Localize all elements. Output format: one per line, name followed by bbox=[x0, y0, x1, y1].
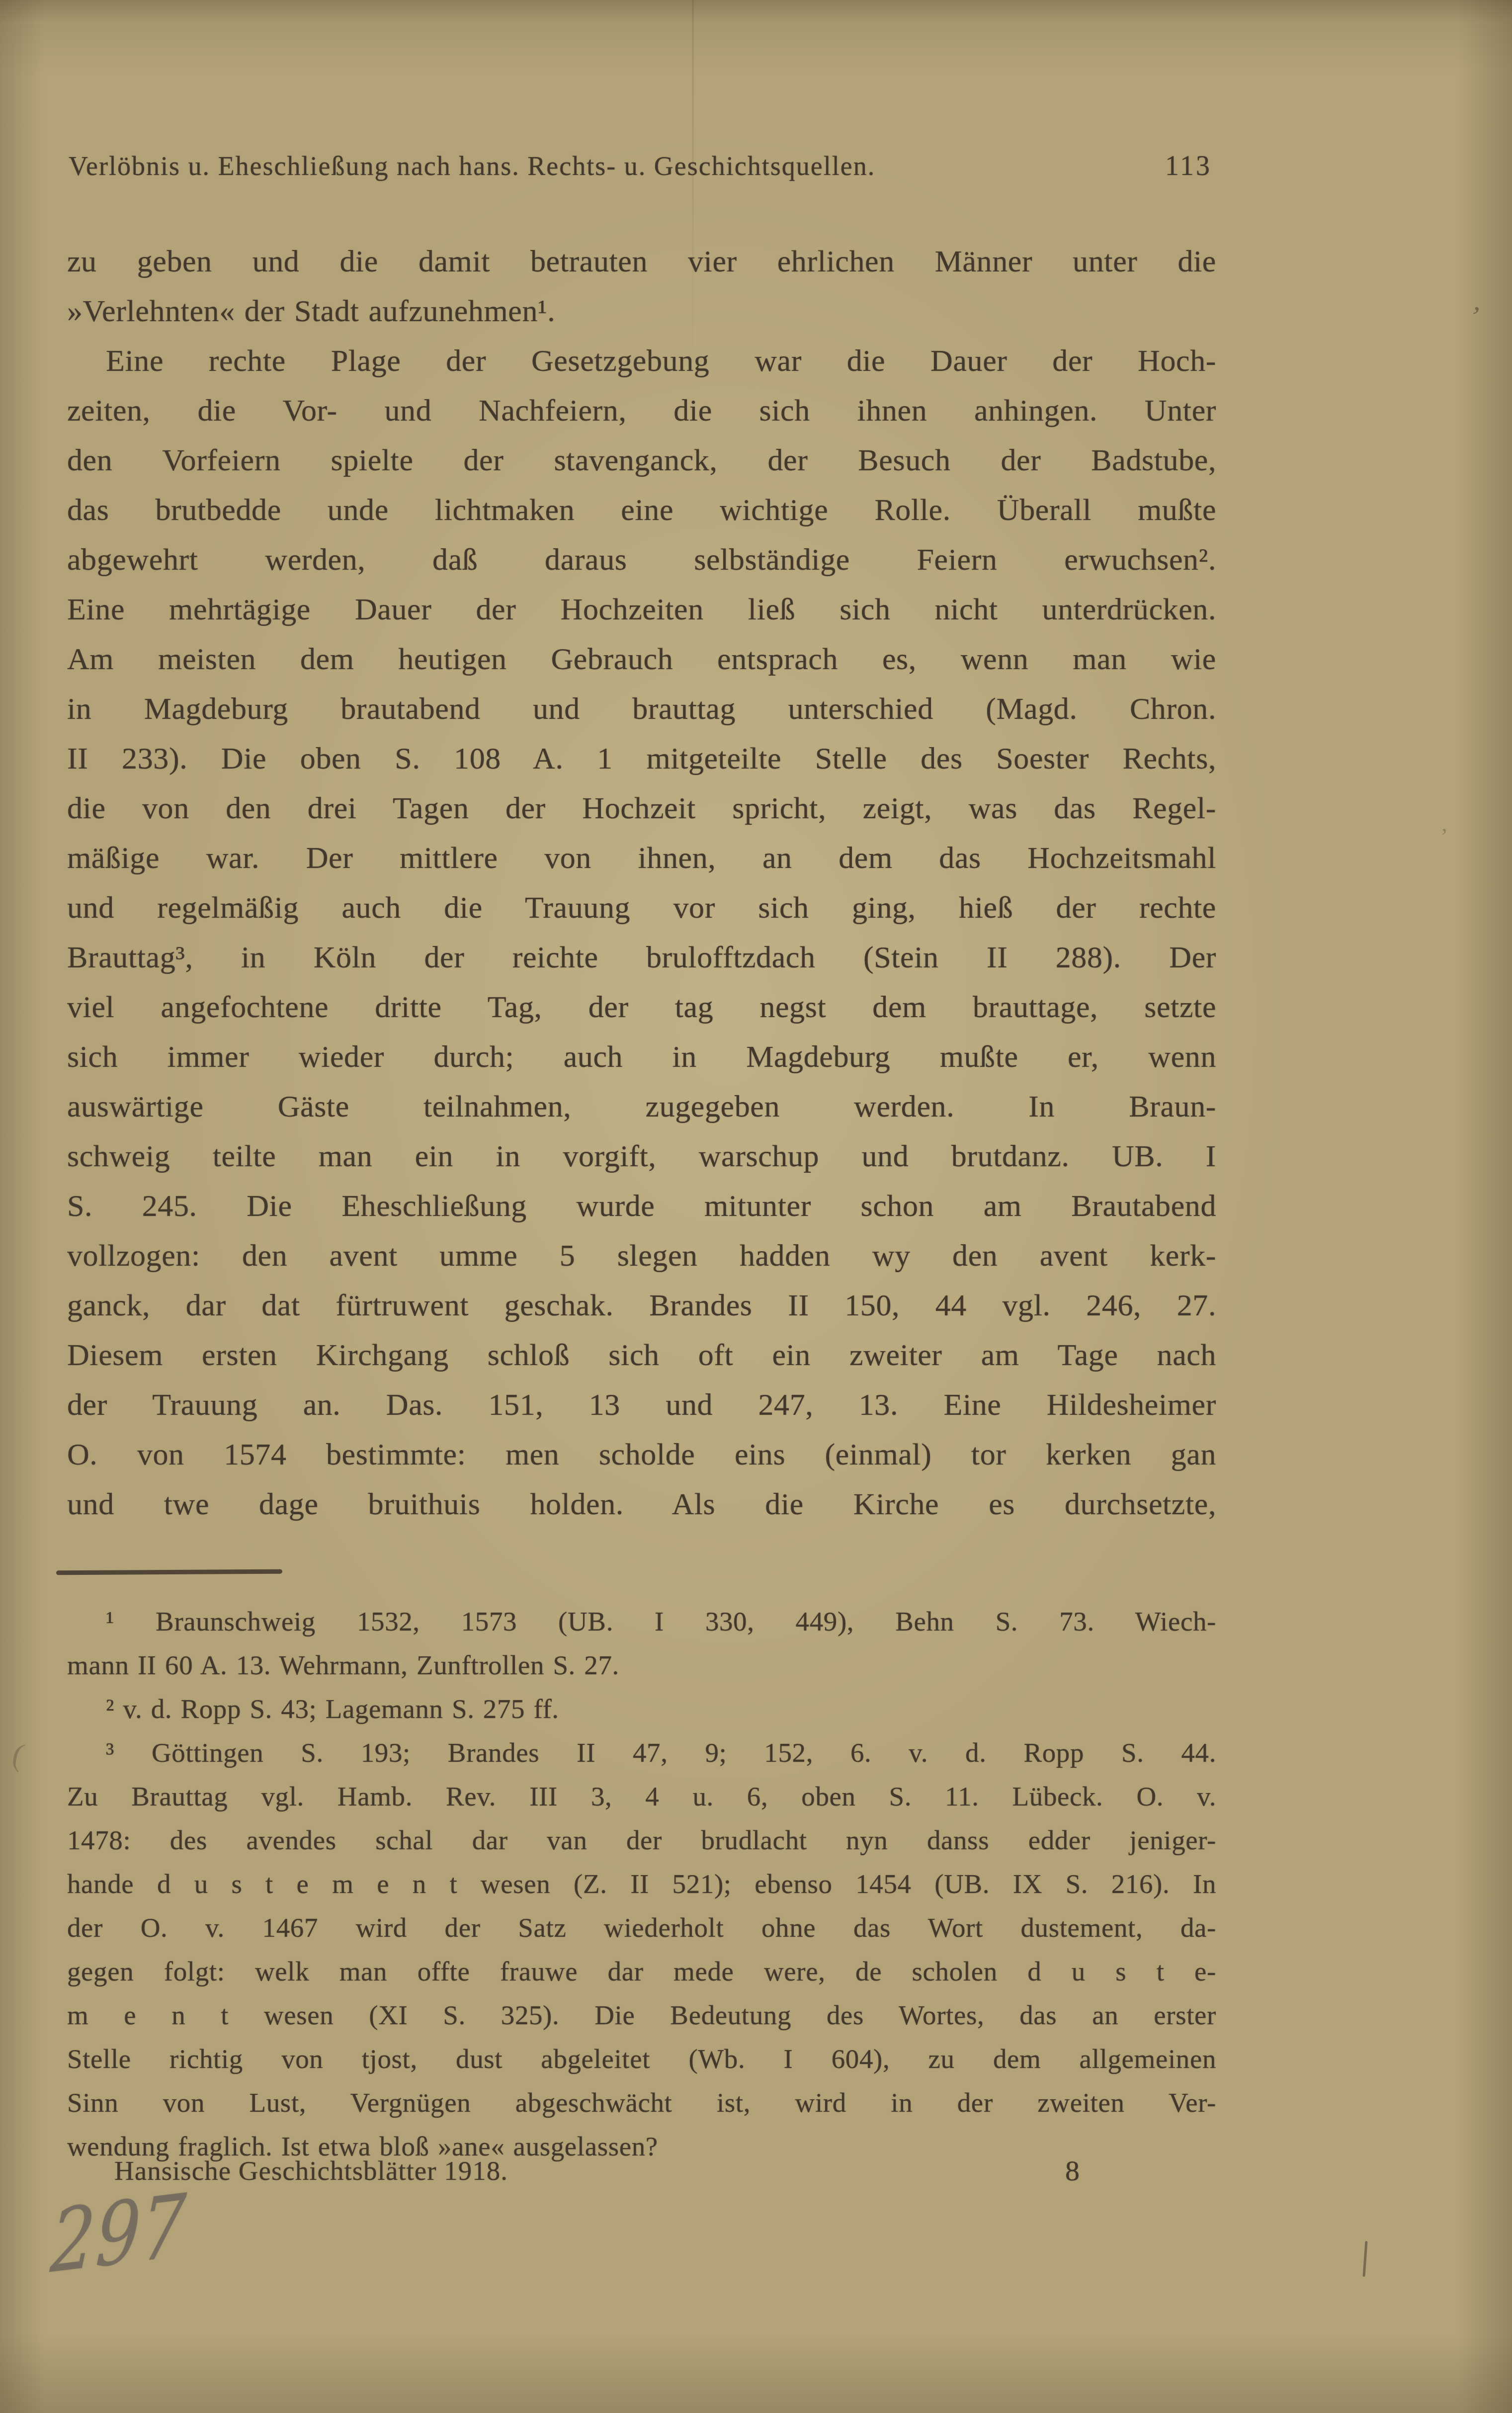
text-line: den Vorfeiern spielte der stavenganck, d… bbox=[67, 435, 1216, 485]
text-line: der O. v. 1467 wird der Satz wiederholt … bbox=[67, 1906, 1216, 1950]
text-line: mäßige war. Der mittlere von ihnen, an d… bbox=[67, 833, 1216, 883]
pen-mark: ( bbox=[9, 1738, 27, 1771]
text-line: sich immer wieder durch; auch in Magdebu… bbox=[67, 1032, 1216, 1082]
text-line: und regelmäßig auch die Trauung vor sich… bbox=[67, 883, 1216, 933]
footnote-separator-rule bbox=[56, 1569, 282, 1575]
text-line: viel angefochtene dritte Tag, der tag ne… bbox=[67, 982, 1216, 1032]
text-line: m e n t wesen (XI S. 325). Die Bedeutung… bbox=[67, 1993, 1216, 2037]
text-line: mann II 60 A. 13. Wehrmann, Zunftrollen … bbox=[67, 1643, 1216, 1687]
page-header: Verlöbnis u. Eheschließung nach hans. Re… bbox=[69, 150, 1212, 182]
text-line: S. 245. Die Eheschließung wurde mitunter… bbox=[67, 1181, 1216, 1231]
handwritten-number: 297 bbox=[48, 2175, 189, 2293]
text-line: abgewehrt werden, daß daraus selbständig… bbox=[67, 535, 1216, 585]
ink-speck: ’ bbox=[1440, 825, 1448, 848]
page-footer: Hansische Geschichtsblätter 1918. 8 bbox=[67, 2149, 1216, 2193]
text-line: Brauttag³, in Köln der reichte brulofftz… bbox=[67, 933, 1216, 982]
text-line: auswärtige Gäste teilnahmen, zugegeben w… bbox=[67, 1082, 1216, 1131]
ink-speck: ’ bbox=[1467, 302, 1483, 332]
text-line: das brutbedde unde lichtmaken eine wicht… bbox=[67, 485, 1216, 535]
main-text-block: zu geben und die damit betrauten vier eh… bbox=[67, 237, 1216, 1529]
text-line: ¹ Braunschweig 1532, 1573 (UB. I 330, 44… bbox=[67, 1600, 1216, 1643]
text-line: zu geben und die damit betrauten vier eh… bbox=[67, 237, 1216, 286]
text-line: O. von 1574 bestimmte: men scholde eins … bbox=[67, 1430, 1216, 1479]
text-line: schweig teilte man ein in vorgift, warsc… bbox=[67, 1131, 1216, 1181]
text-line: Stelle richtig von tjost, dust abgeleite… bbox=[67, 2037, 1216, 2081]
running-title: Verlöbnis u. Eheschließung nach hans. Re… bbox=[69, 151, 875, 181]
text-line: Zu Brauttag vgl. Hamb. Rev. III 3, 4 u. … bbox=[67, 1775, 1216, 1818]
text-line: und twe dage bruithuis holden. Als die K… bbox=[67, 1479, 1216, 1529]
page-number: 113 bbox=[1165, 150, 1212, 182]
text-line: ² v. d. Ropp S. 43; Lagemann S. 275 ff. bbox=[67, 1687, 1216, 1731]
pen-stroke bbox=[1362, 2241, 1367, 2277]
text-line: die von den drei Tagen der Hochzeit spri… bbox=[67, 783, 1216, 833]
text-line: der Trauung an. Das. 151, 13 und 247, 13… bbox=[67, 1380, 1216, 1430]
text-line: ganck, dar dat fürtruwent geschak. Brand… bbox=[67, 1281, 1216, 1330]
text-line: Diesem ersten Kirchgang schloß sich oft … bbox=[67, 1330, 1216, 1380]
text-line: »Verlehnten« der Stadt aufzunehmen¹. bbox=[67, 286, 1216, 336]
text-line: 1478: des avendes schal dar van der brud… bbox=[67, 1818, 1216, 1862]
text-line: in Magdeburg brautabend und brauttag unt… bbox=[67, 684, 1216, 734]
text-line: zeiten, die Vor- und Nachfeiern, die sic… bbox=[67, 386, 1216, 435]
text-line: gegen folgt: welk man offte frauwe dar m… bbox=[67, 1950, 1216, 1993]
text-line: Eine rechte Plage der Gesetzgebung war d… bbox=[67, 336, 1216, 386]
text-line: hande d u s t e m e n t wesen (Z. II 521… bbox=[67, 1862, 1216, 1906]
text-line: Am meisten dem heutigen Gebrauch entspra… bbox=[67, 634, 1216, 684]
text-line: Eine mehrtägige Dauer der Hochzeiten lie… bbox=[67, 585, 1216, 634]
sheet-signature: 8 bbox=[1065, 2149, 1080, 2193]
text-line: ³ Göttingen S. 193; Brandes II 47, 9; 15… bbox=[67, 1731, 1216, 1775]
text-line: II 233). Die oben S. 108 A. 1 mitgeteilt… bbox=[67, 734, 1216, 783]
text-line: vollzogen: den avent umme 5 slegen hadde… bbox=[67, 1231, 1216, 1281]
footnotes-block: ¹ Braunschweig 1532, 1573 (UB. I 330, 44… bbox=[67, 1600, 1216, 2168]
text-line: Sinn von Lust, Vergnügen abgeschwächt is… bbox=[67, 2081, 1216, 2125]
scanned-book-page: { "colors":{"paper":"#b4a378","ink":"#42… bbox=[0, 0, 1512, 2413]
